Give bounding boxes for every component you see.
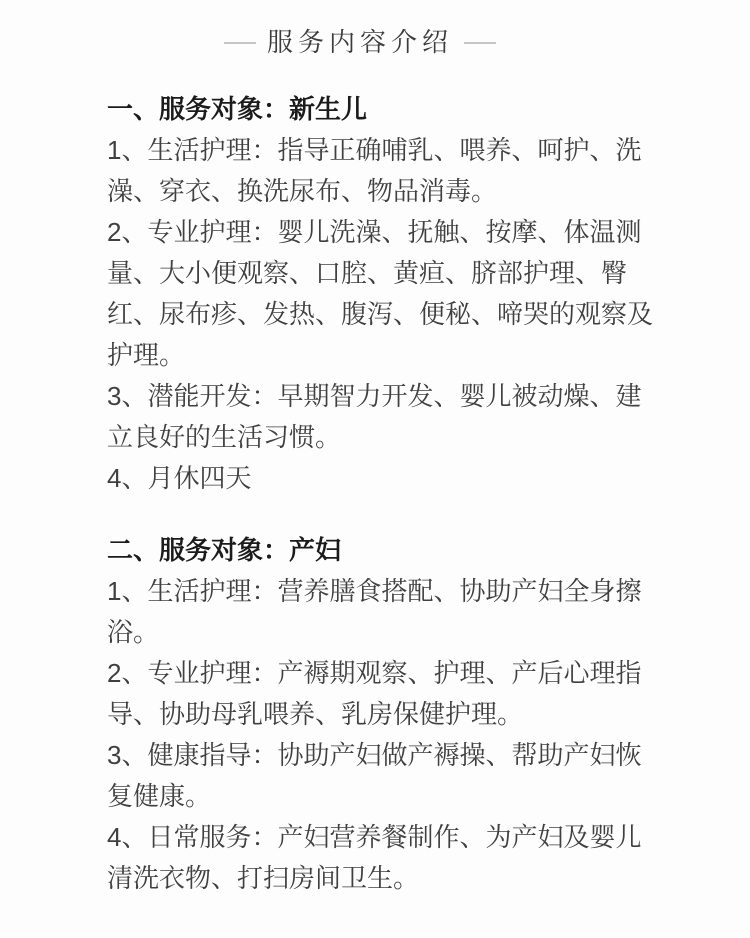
section-newborn: 一、服务对象：新生儿 1、生活护理：指导正确哺乳、喂养、呵护、洗澡、穿衣、换洗尿… <box>107 89 657 499</box>
service-intro-page: 服务内容介绍 一、服务对象：新生儿 1、生活护理：指导正确哺乳、喂养、呵护、洗澡… <box>0 0 750 938</box>
service-item: 1、生活护理：营养膳食搭配、协助产妇全身擦浴。 <box>107 571 657 653</box>
service-item: 4、月休四天 <box>107 458 657 499</box>
service-item: 3、潜能开发：早期智力开发、婴儿被动燥、建立良好的生活习惯。 <box>107 376 657 458</box>
section-newborn-heading: 一、服务对象：新生儿 <box>107 89 657 130</box>
service-item: 2、专业护理：产褥期观察、护理、产后心理指导、协助母乳喂养、乳房保健护理。 <box>107 653 657 735</box>
section-mother: 二、服务对象：产妇 1、生活护理：营养膳食搭配、协助产妇全身擦浴。 2、专业护理… <box>107 530 657 899</box>
service-item: 2、专业护理：婴儿洗澡、抚触、按摩、体温测量、大小便观察、口腔、黄疸、脐部护理、… <box>107 212 657 376</box>
service-item: 1、生活护理：指导正确哺乳、喂养、呵护、洗澡、穿衣、换洗尿布、物品消毒。 <box>107 130 657 212</box>
section-mother-heading: 二、服务对象：产妇 <box>107 530 657 571</box>
content: 一、服务对象：新生儿 1、生活护理：指导正确哺乳、喂养、呵护、洗澡、穿衣、换洗尿… <box>107 89 657 899</box>
service-item: 3、健康指导：协助产妇做产褥操、帮助产妇恢复健康。 <box>107 735 657 817</box>
title-right-dash <box>464 42 496 44</box>
title-left-dash <box>224 42 256 44</box>
page-title: 服务内容介绍 <box>267 22 453 63</box>
page-title-row: 服务内容介绍 <box>0 22 735 63</box>
service-item: 4、日常服务：产妇营养餐制作、为产妇及婴儿清洗衣物、打扫房间卫生。 <box>107 817 657 899</box>
